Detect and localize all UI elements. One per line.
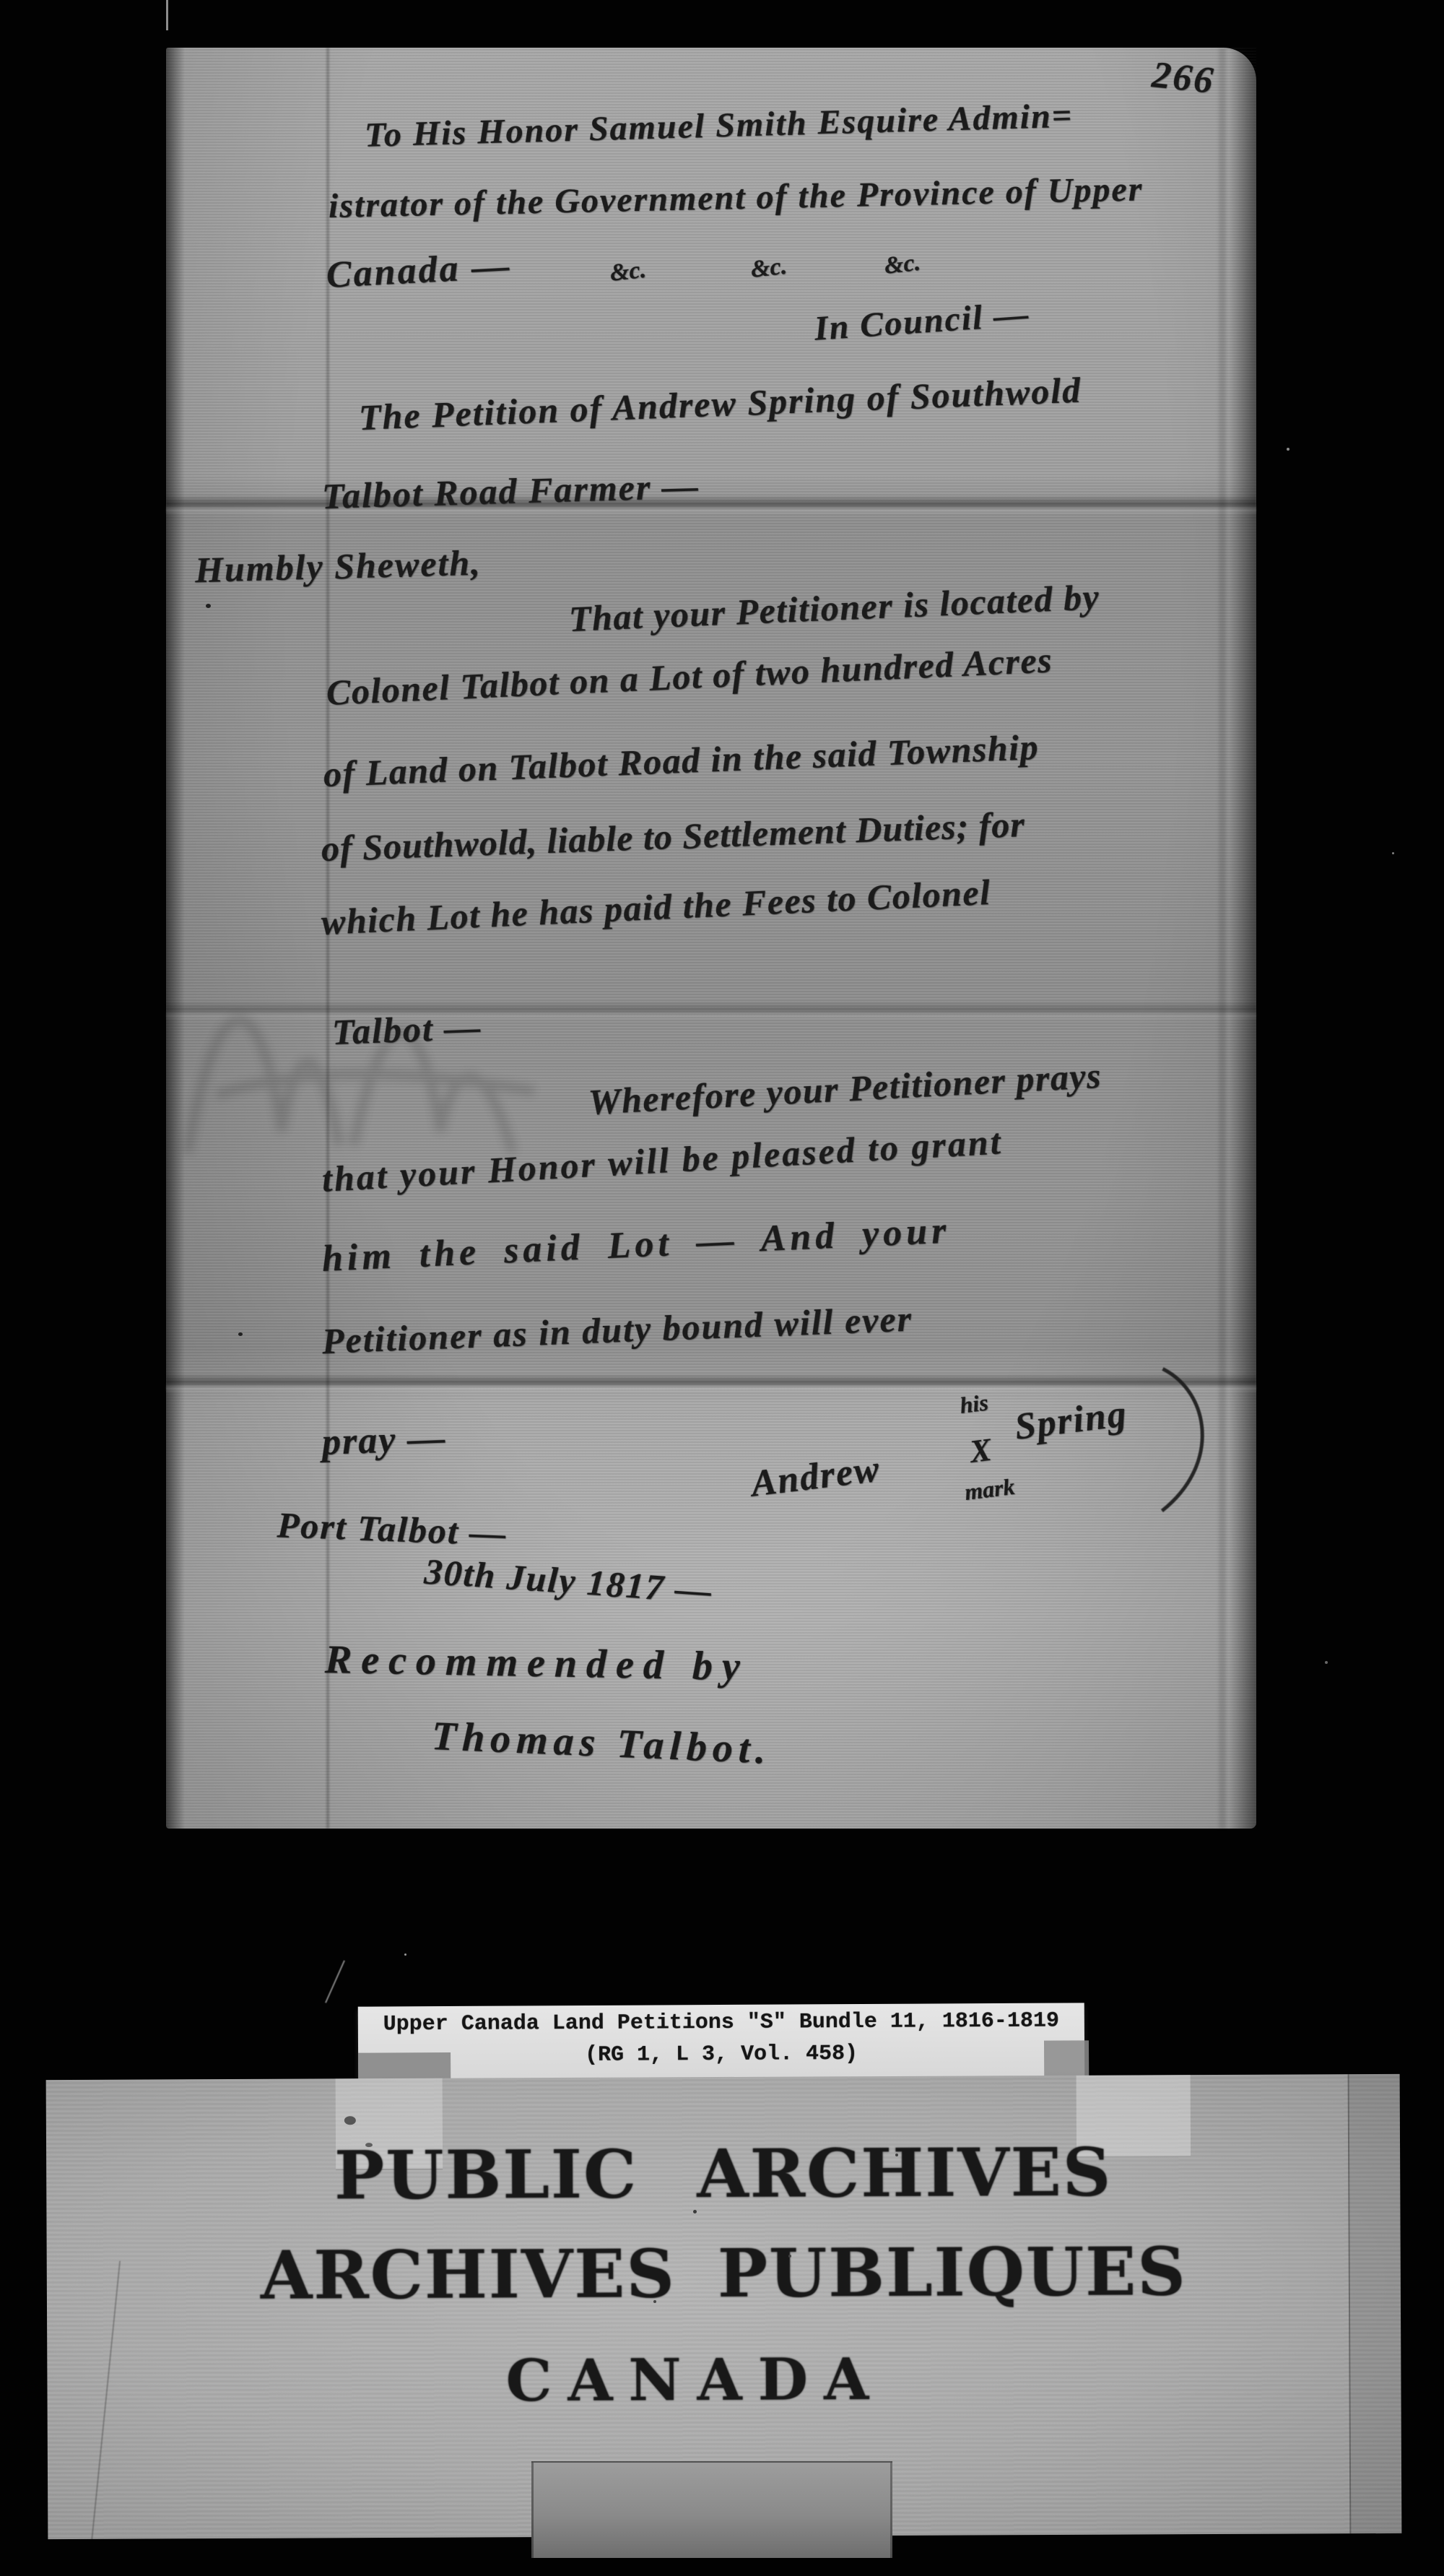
petition-line: which Lot he has paid the Fees to Colone… [321,871,992,943]
dust-speck [653,2300,656,2303]
dust-speck [1287,448,1289,451]
label-title: Upper Canada Land Petitions "S" Bundle 1… [358,2008,1084,2037]
petition-line: Wherefore your Petitioner prays [587,1054,1102,1123]
film-artifact [325,1960,345,2003]
petition-line: istrator of the Government of the Provin… [328,169,1143,226]
dust-speck [1392,852,1394,854]
microfilm-scan: 266 To His Honor Samuel Smith Esquire Ad… [0,0,1444,2576]
etc-mark: &c. [883,249,922,280]
card-title-french: ARCHIVES PUBLIQUES [47,2232,1401,2315]
dust-speck [1325,1661,1328,1664]
petition-line: Talbot — [331,1006,482,1053]
petition-line: That your Petitioner is located by [568,576,1100,640]
archive-reference-label: Upper Canada Land Petitions "S" Bundle 1… [358,2003,1085,2083]
tape-mark [531,2461,892,2558]
petition-line: To His Honor Samuel Smith Esquire Admin= [364,96,1074,155]
petition-line: The Petition of Andrew Spring of Southwo… [358,369,1082,438]
card-title-canada: CANADA [18,2343,1372,2416]
signature-surname: Spring [1012,1392,1130,1449]
petition-line: him the said Lot — And your [321,1210,952,1280]
signature-x-mark: X [967,1431,993,1470]
petition-line: Port Talbot — [277,1504,508,1554]
petition-line: Thomas Talbot. [431,1713,773,1774]
dust-speck [404,1953,406,1956]
petition-page: 266 To His Honor Samuel Smith Esquire Ad… [166,48,1256,1829]
petition-line: Petitioner as in duty bound will ever [321,1298,913,1362]
card-title-english: PUBLIC ARCHIVES [46,2132,1400,2216]
dust-speck [895,2154,898,2156]
petition-line: Humbly Sheweth, [194,542,482,591]
petition-line: of Southwold, liable to Settlement Dutie… [321,803,1026,869]
petition-line: In Council — [813,294,1031,349]
petition-line: 30th July 1817 — [423,1550,714,1612]
etc-mark: &c. [609,256,648,287]
dust-speck [788,2255,791,2258]
petition-line: Canada — [325,245,512,297]
petition-line: Colonel Talbot on a Lot of two hundred A… [326,638,1053,714]
label-reference: (RG 1, L 3, Vol. 458) [358,2040,1084,2068]
petition-line: pray — [321,1417,447,1464]
signature-his-label: his [958,1389,989,1418]
page-number: 266 [1150,53,1217,103]
film-artifact [166,0,168,30]
dust-speck [693,2210,697,2213]
signature-given-name: Andrew [749,1447,882,1505]
petition-line: of Land on Talbot Road in the said Towns… [323,726,1040,795]
paper-right-edge-shadow [1229,48,1256,1829]
vertical-crease [1219,48,1226,1829]
etc-mark: &c. [749,253,788,284]
signature-mark-label: mark [963,1473,1016,1506]
ink-dot [206,604,211,608]
ink-dot [238,1332,243,1336]
petition-line: Recommended by [324,1636,749,1690]
